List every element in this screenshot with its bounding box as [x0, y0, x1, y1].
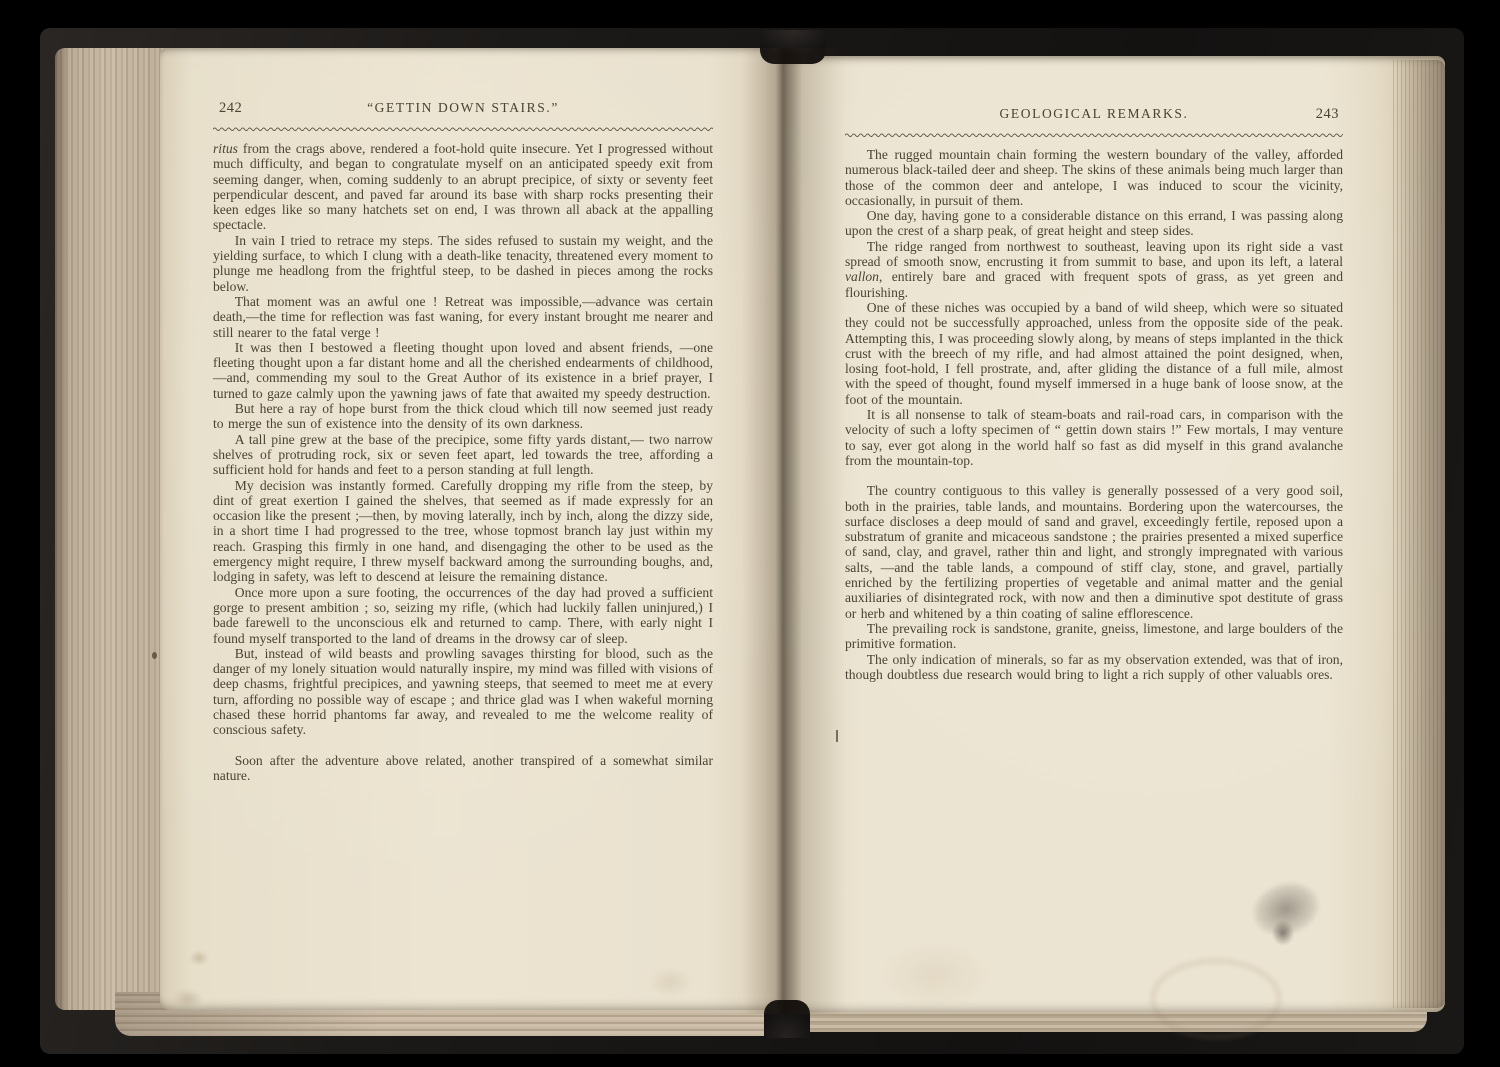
paragraph: Once more upon a sure footing, the occur…	[213, 585, 713, 646]
right-page-header: GEOLOGICAL REMARKS. 243	[845, 106, 1343, 128]
book-photograph: 242 “GETTIN DOWN STAIRS.” ritus from the…	[0, 0, 1500, 1067]
text-run: The ridge ranged from northwest to south…	[845, 239, 1343, 269]
right-page-body: The rugged mountain chain forming the we…	[845, 147, 1343, 682]
text-run: A tall pine grew at the base of the prec…	[213, 432, 713, 478]
text-run: In vain I tried to retrace my steps. The…	[213, 233, 713, 294]
paragraph: It is all nonsense to talk of steam-boat…	[845, 407, 1343, 468]
left-page-number: 242	[219, 100, 242, 117]
paragraph: The only indication of minerals, so far …	[845, 652, 1343, 683]
text-run: The prevailing rock is sandstone, granit…	[845, 621, 1343, 651]
spine-bottom-shadow	[764, 1000, 810, 1038]
paragraph: The ridge ranged from northwest to south…	[845, 239, 1343, 300]
italic-text-run: vallon	[845, 269, 879, 284]
text-run: It is all nonsense to talk of steam-boat…	[845, 407, 1343, 468]
italic-text-run: ritus	[213, 141, 238, 156]
paragraph: The rugged mountain chain forming the we…	[845, 147, 1343, 208]
text-run: But here a ray of hope burst from the th…	[213, 401, 713, 431]
text-run: from the crags above, rendered a foot-ho…	[213, 141, 713, 232]
text-run: The country contiguous to this valley is…	[845, 483, 1343, 620]
text-run: Soon after the adventure above related, …	[213, 753, 713, 783]
left-page-body: ritus from the crags above, rendered a f…	[213, 141, 713, 783]
text-run: , entirely bare and graced with frequent…	[845, 269, 1343, 299]
left-page-header: 242 “GETTIN DOWN STAIRS.”	[213, 100, 713, 122]
paragraph: But here a ray of hope burst from the th…	[213, 401, 713, 432]
text-run: One of these niches was occupied by a ba…	[845, 300, 1343, 407]
text-run: That moment was an awful one ! Retreat w…	[213, 294, 713, 340]
paragraph: But, instead of wild beasts and prowling…	[213, 646, 713, 738]
text-run: The rugged mountain chain forming the we…	[845, 147, 1343, 208]
left-running-title: “GETTIN DOWN STAIRS.”	[213, 100, 713, 116]
left-page-stack-edge	[55, 48, 175, 1010]
text-run: But, instead of wild beasts and prowling…	[213, 646, 713, 737]
paragraph: That moment was an awful one ! Retreat w…	[213, 294, 713, 340]
text-run: It was then I bestowed a fleeting though…	[213, 340, 713, 401]
text-run: Once more upon a sure footing, the occur…	[213, 585, 713, 646]
spine-top-shadow	[760, 30, 826, 64]
wavy-rule	[845, 132, 1343, 137]
paragraph: The prevailing rock is sandstone, granit…	[845, 621, 1343, 652]
paragraph: Soon after the adventure above related, …	[213, 753, 713, 784]
right-page-text-column: GEOLOGICAL REMARKS. 243 The rugged mount…	[845, 106, 1343, 682]
paragraph: ritus from the crags above, rendered a f…	[213, 141, 713, 233]
right-running-title: GEOLOGICAL REMARKS.	[845, 106, 1343, 122]
paragraph: One day, having gone to a considerable d…	[845, 208, 1343, 239]
paragraph: My decision was instantly formed. Carefu…	[213, 478, 713, 585]
text-run: The only indication of minerals, so far …	[845, 652, 1343, 682]
paragraph: It was then I bestowed a fleeting though…	[213, 340, 713, 401]
paragraph: A tall pine grew at the base of the prec…	[213, 432, 713, 478]
paragraph: The country contiguous to this valley is…	[845, 483, 1343, 621]
left-page-text-column: 242 “GETTIN DOWN STAIRS.” ritus from the…	[213, 100, 713, 783]
right-page-number: 243	[1316, 106, 1339, 123]
paragraph: In vain I tried to retrace my steps. The…	[213, 233, 713, 294]
paragraph: One of these niches was occupied by a ba…	[845, 300, 1343, 407]
text-run: My decision was instantly formed. Carefu…	[213, 478, 713, 585]
text-run: One day, having gone to a considerable d…	[845, 208, 1343, 238]
wavy-rule	[213, 126, 713, 131]
